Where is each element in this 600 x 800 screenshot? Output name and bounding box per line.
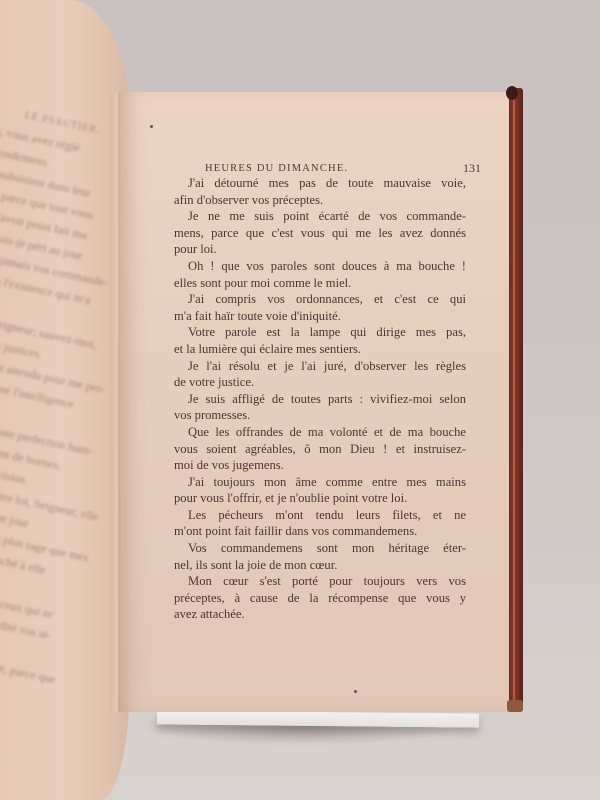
verse: J'ai toujours mon âme comme entre mes ma… (174, 474, 466, 507)
verse-line: pour vous l'offrir, et je n'oublie point… (174, 490, 466, 507)
verse-line: elles sont pour moi comme le miel. (174, 275, 466, 292)
verse-line: Oh ! que vos paroles sont douces à ma bo… (174, 258, 466, 275)
verse-line: vous soient agréables, ô mon Dieu ! et i… (174, 441, 466, 458)
verse-line: Mon cœur s'est porté pour toujours vers … (174, 573, 466, 590)
book-photo: LE PSAUTIER. ration, vous avez réglé r v… (0, 0, 600, 800)
verse-line: moi de vos jugemens. (174, 457, 466, 474)
verse: J'ai détourné mes pas de toute mauvaise … (174, 175, 466, 208)
running-title: HEURES DU DIMANCHE. (205, 163, 348, 174)
verse: Que les offrandes de ma volonté et de ma… (174, 424, 466, 474)
verse: Je suis affligé de toutes parts : vivifi… (174, 391, 466, 424)
verse-line: Que les offrandes de ma volonté et de ma… (174, 424, 466, 441)
verse: J'ai compris vos ordonnances, et c'est c… (174, 291, 466, 324)
page-body-text: J'ai détourné mes pas de toute mauvaise … (174, 175, 466, 623)
verse-line: Je l'ai résolu et je l'ai juré, d'observ… (174, 358, 466, 375)
verse: Mon cœur s'est porté pour toujours vers … (174, 573, 466, 623)
left-page-text: LE PSAUTIER. ration, vous avez réglé r v… (0, 95, 117, 699)
verse: Les pécheurs m'ont tendu leurs filets, e… (174, 507, 466, 540)
verse-line: pour loi. (174, 241, 466, 258)
verse: Votre parole est la lampe qui dirige mes… (174, 324, 466, 357)
verse-line: Votre parole est la lampe qui dirige mes… (174, 324, 466, 341)
verse-line: Je ne me suis point écarté de vos comman… (174, 208, 466, 225)
verse: Je ne me suis point écarté de vos comman… (174, 208, 466, 258)
paper-speck (354, 690, 357, 693)
verse-line: avez attachée. (174, 606, 466, 623)
verse: Je l'ai résolu et je l'ai juré, d'observ… (174, 358, 466, 391)
verse-line: Les pécheurs m'ont tendu leurs filets, e… (174, 507, 466, 524)
verse-line: J'ai compris vos ordonnances, et c'est c… (174, 291, 466, 308)
verse-line: Vos commandemens sont mon héritage éter- (174, 540, 466, 557)
verse-line: nel, ils sont la joie de mon cœur. (174, 557, 466, 574)
cover-corner-top (506, 86, 518, 100)
verse-line: préceptes, à cause de la récompense que … (174, 590, 466, 607)
verse-line: m'ont point fait faillir dans vos comman… (174, 523, 466, 540)
cover-corner-bottom (507, 700, 523, 712)
verse-line: mens, parce que c'est vous qui me les av… (174, 225, 466, 242)
verse-line: J'ai toujours mon âme comme entre mes ma… (174, 474, 466, 491)
verse-line: Je suis affligé de toutes parts : vivifi… (174, 391, 466, 408)
verse-line: vos promesses. (174, 407, 466, 424)
verse: Vos commandemens sont mon héritage éter-… (174, 540, 466, 573)
verse-line: J'ai détourné mes pas de toute mauvaise … (174, 175, 466, 192)
verse: Oh ! que vos paroles sont douces à ma bo… (174, 258, 466, 291)
verse-line: et la lumière qui éclaire mes sentiers. (174, 341, 466, 358)
paper-speck (150, 125, 153, 128)
verse-line: afin d'observer vos préceptes. (174, 192, 466, 209)
verse-line: de votre justice. (174, 374, 466, 391)
verse-line: m'a fait haïr toute voie d'iniquité. (174, 308, 466, 325)
page-number: 131 (463, 161, 481, 176)
red-leather-cover-edge (509, 88, 523, 712)
